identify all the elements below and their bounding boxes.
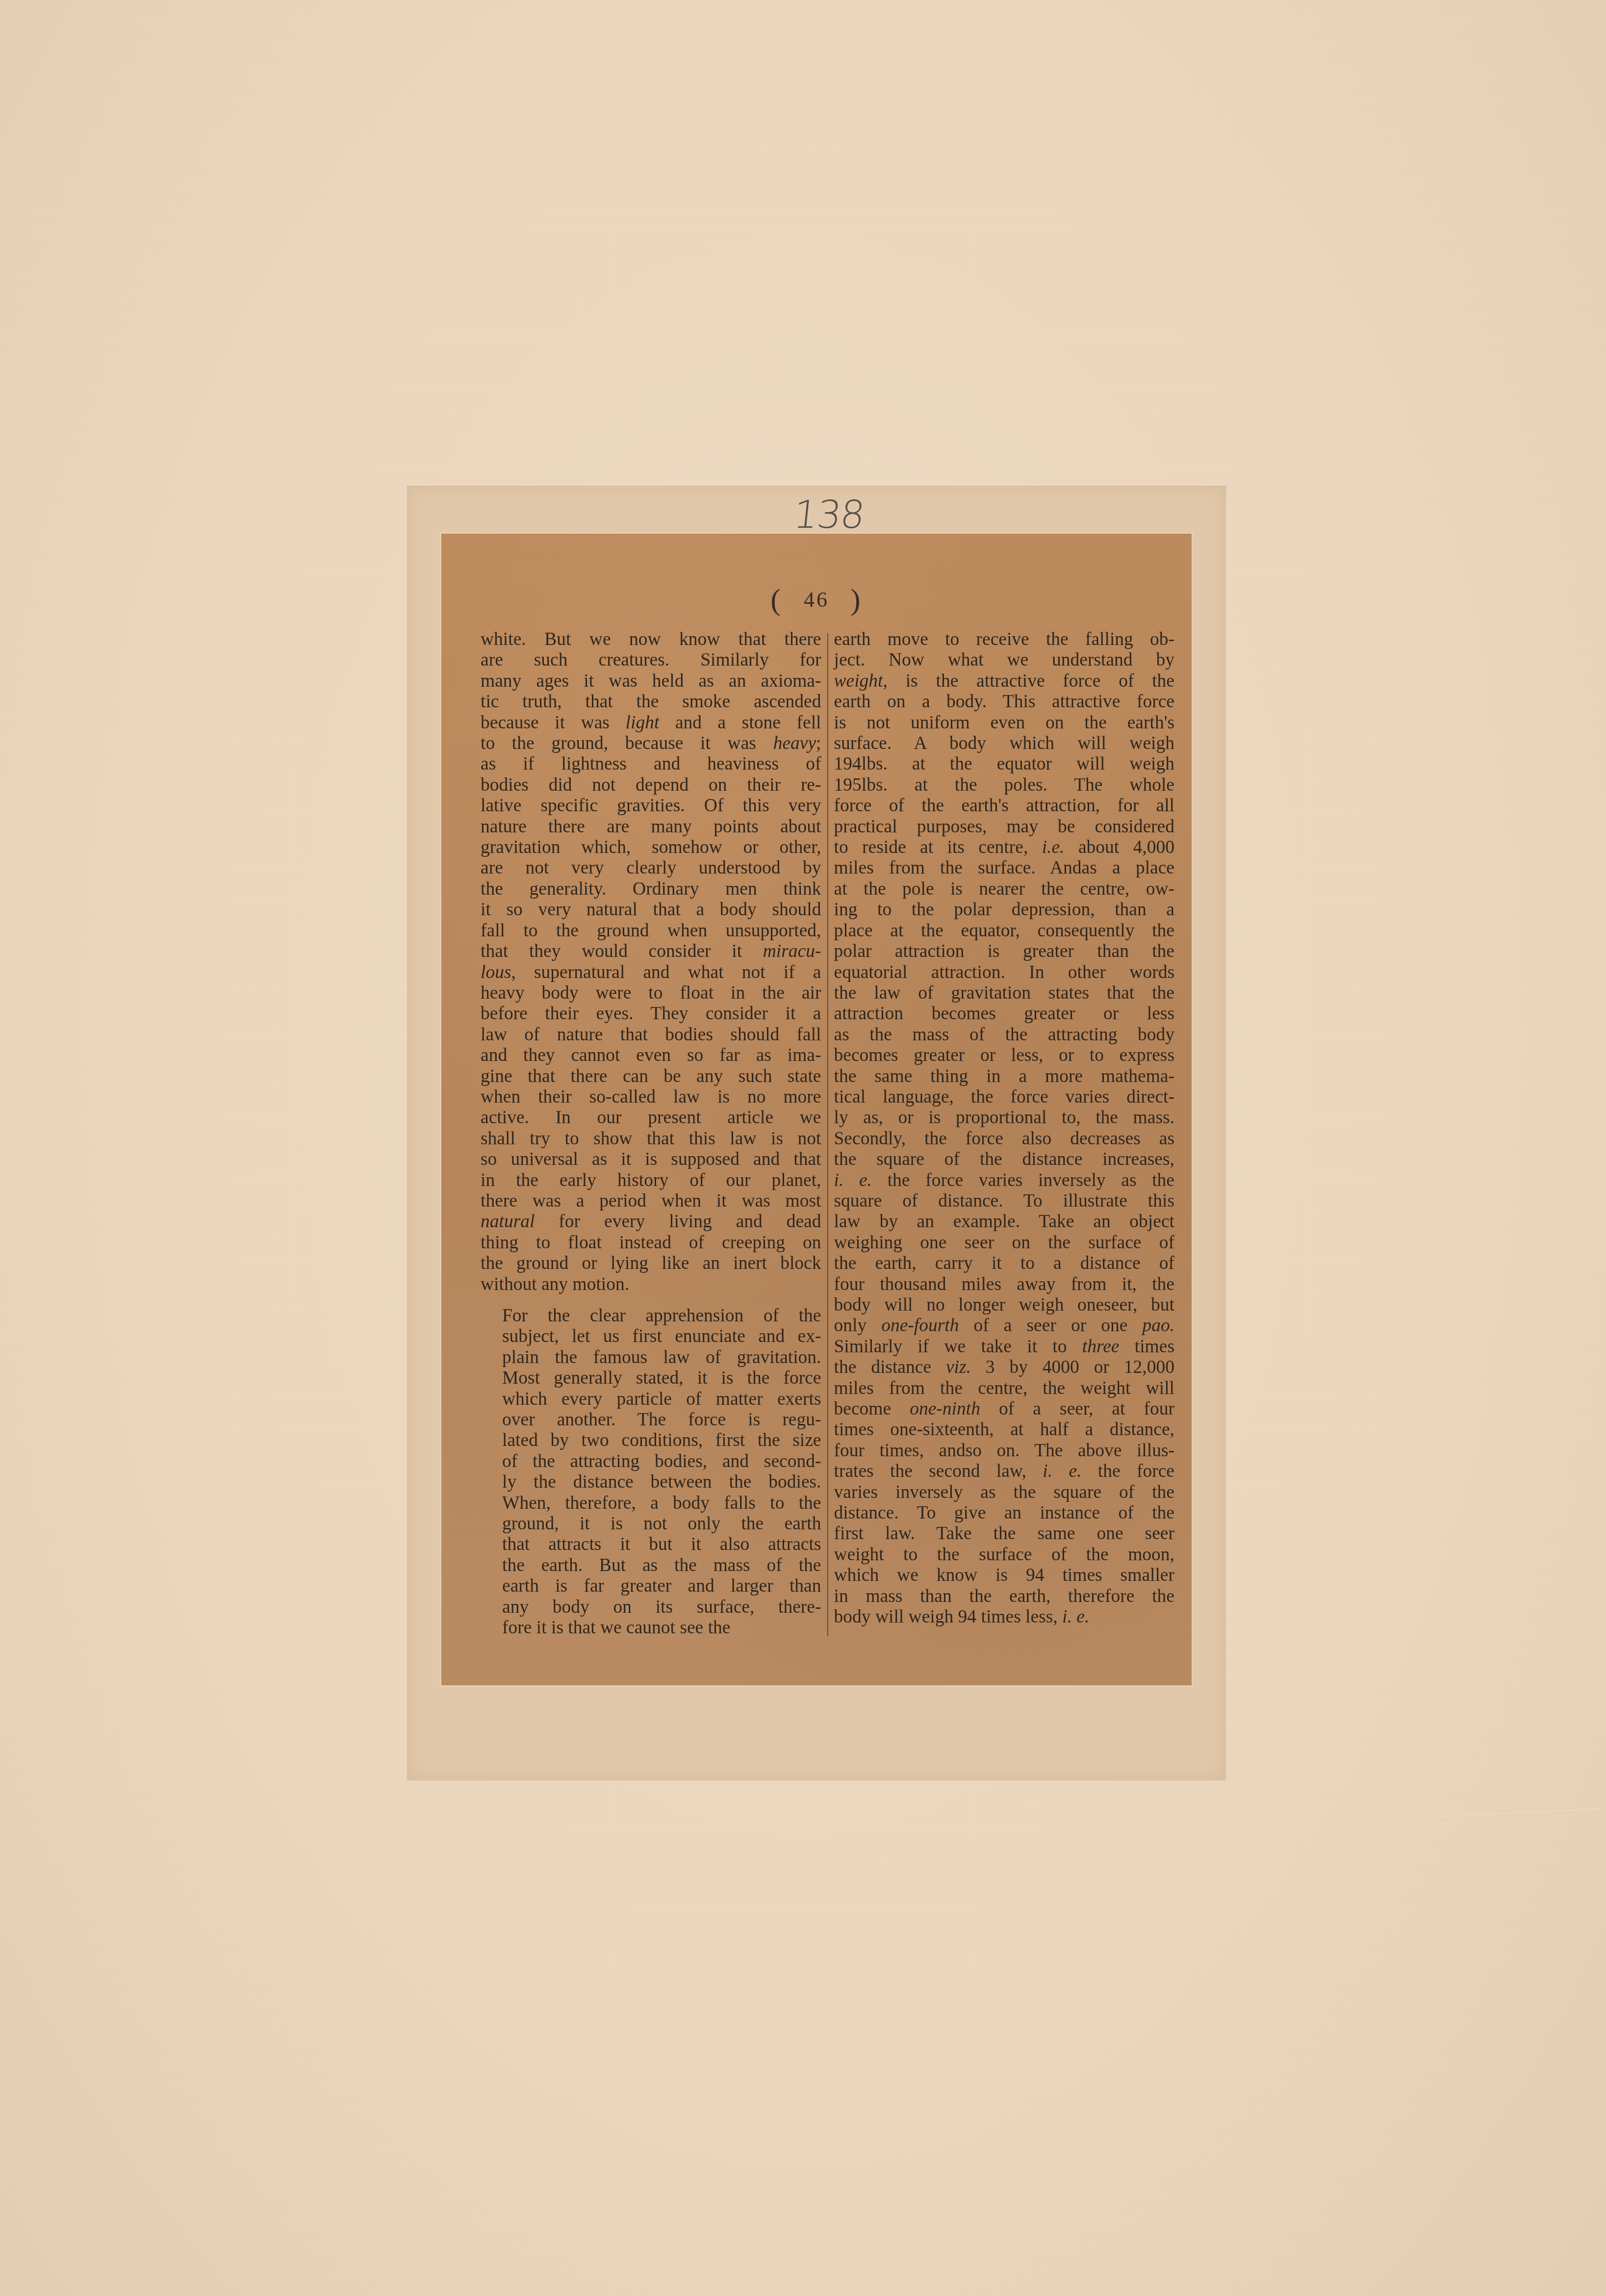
text-line: which we know is 94 times smaller bbox=[834, 1565, 1175, 1586]
text-line: ly as, or is proportional to, the mass. bbox=[834, 1108, 1175, 1128]
text-line: weight to the surface of the moon, bbox=[834, 1545, 1175, 1565]
text-line: the law of gravitation states that the bbox=[834, 983, 1175, 1004]
text-line: earth is far greater and larger than bbox=[481, 1576, 821, 1597]
text-line: surface. A body which will weigh bbox=[834, 733, 1175, 754]
text-line: white. But we now know that there bbox=[481, 629, 821, 650]
text-line: weight, is the attractive force of the bbox=[834, 671, 1175, 692]
text-line: thing to float instead of creeping on bbox=[481, 1233, 821, 1253]
page-number-paren-open: ( bbox=[770, 583, 783, 617]
text-line: four times, andso on. The above illus- bbox=[834, 1441, 1175, 1461]
text-line: which every particle of matter exerts bbox=[481, 1389, 821, 1410]
text-line: so universal as it is supposed and that bbox=[481, 1149, 821, 1170]
page-number-paren-close: ) bbox=[850, 583, 863, 617]
italic-emphasis: i. e. bbox=[834, 1170, 872, 1190]
text-line: of the attracting bodies, and second- bbox=[481, 1451, 821, 1472]
text-line: body will no longer weigh oneseer, but bbox=[834, 1295, 1175, 1316]
text-line: gravitation which, somehow or other, bbox=[481, 837, 821, 858]
text-line: any body on its surface, there- bbox=[481, 1597, 821, 1618]
left-paragraph-1: white. But we now know that thereare suc… bbox=[481, 629, 821, 1295]
text-line: to reside at its centre, i.e. about 4,00… bbox=[834, 837, 1175, 858]
left-column: white. But we now know that thereare suc… bbox=[481, 629, 821, 1639]
handwritten-folio-number: 138 bbox=[782, 493, 875, 537]
text-line: bodies did not depend on their re- bbox=[481, 775, 821, 796]
text-line: it so very natural that a body should bbox=[481, 900, 821, 920]
text-line: that attracts it but it also attracts bbox=[481, 1534, 821, 1555]
text-line: heavy body were to float in the air bbox=[481, 983, 821, 1004]
italic-emphasis: miracu- bbox=[763, 941, 821, 961]
text-line: law by an example. Take an object bbox=[834, 1212, 1175, 1232]
text-line: earth on a body. This attractive force bbox=[834, 692, 1175, 712]
text-line: For the clear apprehension of the bbox=[481, 1306, 821, 1326]
text-line: attraction becomes greater or less bbox=[834, 1004, 1175, 1024]
printed-page-clipping: ( 46 ) white. But we now know that there… bbox=[441, 534, 1192, 1685]
text-line: in the early history of our planet, bbox=[481, 1170, 821, 1191]
text-line: ly the distance between the bodies. bbox=[481, 1472, 821, 1493]
text-line: when their so-called law is no more bbox=[481, 1087, 821, 1108]
text-line: the ground or lying like an inert block bbox=[481, 1253, 821, 1274]
text-line: the same thing in a more mathema- bbox=[834, 1066, 1175, 1087]
right-paragraph-1: earth move to receive the falling ob-jec… bbox=[834, 629, 1175, 1628]
text-line: becomes greater or less, or to express bbox=[834, 1045, 1175, 1066]
italic-emphasis: i. e. bbox=[1043, 1461, 1081, 1481]
text-line: many ages it was held as an axioma- bbox=[481, 671, 821, 692]
text-line: ground, it is not only the earth bbox=[481, 1514, 821, 1534]
italic-emphasis: pao. bbox=[1142, 1316, 1174, 1336]
text-line: miles from the surface. Andas a place bbox=[834, 858, 1175, 878]
text-line: varies inversely as the square of the bbox=[834, 1482, 1175, 1503]
text-line: shall try to show that this law is not bbox=[481, 1129, 821, 1149]
text-line: lated by two conditions, first the size bbox=[481, 1430, 821, 1451]
italic-emphasis: viz. bbox=[946, 1357, 971, 1377]
italic-emphasis: lous bbox=[481, 962, 511, 982]
text-line: because it was light and a stone fell bbox=[481, 713, 821, 733]
text-line: square of distance. To illustrate this bbox=[834, 1191, 1175, 1212]
italic-emphasis: light bbox=[626, 713, 660, 733]
text-line: place at the equator, consequently the bbox=[834, 921, 1175, 941]
text-line: are such creatures. Similarly for bbox=[481, 650, 821, 671]
italic-emphasis: natural bbox=[481, 1212, 535, 1232]
text-line: law of nature that bodies should fall bbox=[481, 1025, 821, 1045]
text-line: the earth. But as the mass of the bbox=[481, 1555, 821, 1576]
text-line: force of the earth's attraction, for all bbox=[834, 796, 1175, 816]
text-line: fall to the ground when unsupported, bbox=[481, 921, 821, 941]
text-line: ing to the polar depression, than a bbox=[834, 900, 1175, 920]
text-line: as if lightness and heaviness of bbox=[481, 754, 821, 774]
text-line: distance. To give an instance of the bbox=[834, 1503, 1175, 1523]
text-line: miles from the centre, the weight will bbox=[834, 1378, 1175, 1399]
text-line: plain the famous law of gravitation. bbox=[481, 1347, 821, 1368]
left-paragraph-2: For the clear apprehension of thesubject… bbox=[481, 1306, 821, 1639]
text-line: without any motion. bbox=[481, 1274, 821, 1295]
text-line: natural for every living and dead bbox=[481, 1212, 821, 1232]
text-line: as the mass of the attracting body bbox=[834, 1025, 1175, 1045]
text-line: only one-fourth of a seer or one pao. bbox=[834, 1316, 1175, 1336]
italic-emphasis: one-fourth bbox=[881, 1316, 959, 1336]
text-line: fore it is that we caunot see the bbox=[481, 1618, 821, 1638]
text-line: active. In our present article we bbox=[481, 1108, 821, 1128]
text-line: before their eyes. They consider it a bbox=[481, 1004, 821, 1024]
text-line: i. e. the force varies inversely as the bbox=[834, 1170, 1175, 1191]
text-line: Most generally stated, it is the force bbox=[481, 1368, 821, 1389]
page-number: ( 46 ) bbox=[441, 583, 1192, 618]
text-line: When, therefore, a body falls to the bbox=[481, 1493, 821, 1514]
text-line: Secondly, the force also decreases as bbox=[834, 1129, 1175, 1149]
italic-emphasis: three bbox=[1082, 1337, 1120, 1357]
text-line: polar attraction is greater than the bbox=[834, 941, 1175, 962]
text-line: Similarly if we take it to three times bbox=[834, 1337, 1175, 1357]
text-line: lative specific gravities. Of this very bbox=[481, 796, 821, 816]
text-line: in mass than the earth, therefore the bbox=[834, 1586, 1175, 1607]
text-line: is not uniform even on the earth's bbox=[834, 713, 1175, 733]
text-line: times one-sixteenth, at half a distance, bbox=[834, 1419, 1175, 1440]
right-column: earth move to receive the falling ob-jec… bbox=[834, 629, 1175, 1639]
column-divider-rule bbox=[827, 633, 828, 1636]
text-line: at the pole is nearer the centre, ow- bbox=[834, 879, 1175, 900]
text-line: lous, supernatural and what not if a bbox=[481, 962, 821, 983]
text-line: tical language, the force varies direct- bbox=[834, 1087, 1175, 1108]
italic-emphasis: heavy bbox=[773, 733, 816, 753]
two-column-body: white. But we now know that thereare suc… bbox=[481, 629, 1174, 1639]
text-line: are not very clearly understood by bbox=[481, 858, 821, 878]
text-line: weighing one seer on the surface of bbox=[834, 1233, 1175, 1253]
text-line: that they would consider it miracu- bbox=[481, 941, 821, 962]
text-line: to the ground, because it was heavy; bbox=[481, 733, 821, 754]
text-line: equatorial attraction. In other words bbox=[834, 962, 1175, 983]
text-line: practical purposes, may be considered bbox=[834, 817, 1175, 837]
text-line: nature there are many points about bbox=[481, 817, 821, 837]
text-line: 195lbs. at the poles. The whole bbox=[834, 775, 1175, 796]
italic-emphasis: i. e. bbox=[1062, 1607, 1089, 1627]
text-line: four thousand miles away from it, the bbox=[834, 1274, 1175, 1295]
page-number-value: 46 bbox=[804, 588, 829, 612]
text-line: the square of the distance increases, bbox=[834, 1149, 1175, 1170]
text-line: the earth, carry it to a distance of bbox=[834, 1253, 1175, 1274]
text-line: trates the second law, i. e. the force bbox=[834, 1461, 1175, 1482]
text-line: and they cannot even so far as ima- bbox=[481, 1045, 821, 1066]
italic-emphasis: one-ninth bbox=[910, 1399, 980, 1419]
italic-emphasis: i.e. bbox=[1042, 837, 1065, 857]
text-line: the distance viz. 3 by 4000 or 12,000 bbox=[834, 1357, 1175, 1378]
text-line: first law. Take the same one seer bbox=[834, 1523, 1175, 1544]
text-line: 194lbs. at the equator will weigh bbox=[834, 754, 1175, 774]
text-line: gine that there can be any such state bbox=[481, 1066, 821, 1087]
text-line: subject, let us first enunciate and ex- bbox=[481, 1326, 821, 1347]
text-line: body will weigh 94 times less, i. e. bbox=[834, 1607, 1175, 1627]
text-line: tic truth, that the smoke ascended bbox=[481, 692, 821, 712]
text-line: become one-ninth of a seer, at four bbox=[834, 1399, 1175, 1419]
text-line: there was a period when it was most bbox=[481, 1191, 821, 1212]
text-line: over another. The force is regu- bbox=[481, 1410, 821, 1430]
text-line: ject. Now what we understand by bbox=[834, 650, 1175, 671]
italic-emphasis: weight bbox=[834, 671, 883, 691]
text-line: the generality. Ordinary men think bbox=[481, 879, 821, 900]
text-line: earth move to receive the falling ob- bbox=[834, 629, 1175, 650]
